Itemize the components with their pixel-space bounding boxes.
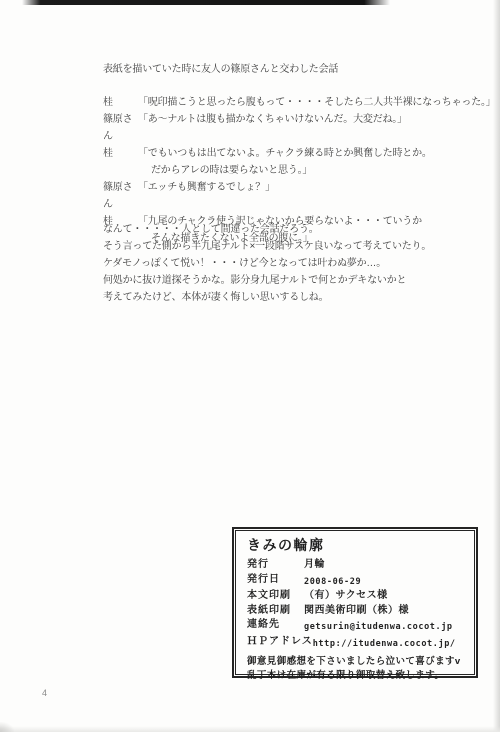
- colophon-value-contact-email: getsurin@itudenwa.cocot.jp: [304, 618, 453, 635]
- speaker-name: [103, 162, 138, 179]
- afterword-block: なんて・・・・・人として間違った会話だろう。 そう言ってた側から半九尾ナルト×一…: [103, 221, 431, 306]
- colophon-note-replacement: 乱丁本は在庫が有る限り御取替え致します。: [247, 669, 470, 683]
- speaker-name: 桂: [103, 94, 138, 111]
- colophon-label-contact: 連絡先: [247, 618, 304, 635]
- intro-line: 表紙を描いていた時に友人の篠原さんと交わした会話: [103, 61, 338, 78]
- scan-edge-top: [22, 0, 390, 5]
- colophon-value-cover-print: 関西美術印刷（株）様: [304, 604, 409, 619]
- dialogue-line: 桂 「呪印描こうと思ったら腹もって・・・・そしたら二人共半裸になっちゃった。」: [103, 94, 496, 111]
- speaker-name: 桂: [103, 145, 138, 162]
- afterword-line: そう言ってた側から半九尾ナルト×一段階サスケ良いなって考えていたり。: [103, 238, 431, 255]
- colophon-label-cover-print: 表紙印刷: [247, 604, 304, 619]
- page-number: 4: [42, 688, 47, 698]
- colophon-value-date: 2008-06-29: [304, 573, 361, 590]
- dialogue-line: だからアレの時は要らないと思う。」: [103, 162, 496, 179]
- dialogue-text: 「エッチも興奮するでしょ？」: [138, 179, 275, 213]
- colophon-box: きみの輪廓 発行 月輪 発行日 2008-06-29 本文印刷 （有）サクセス様…: [232, 527, 478, 678]
- colophon-row: 本文印刷 （有）サクセス様: [247, 589, 470, 604]
- scan-edge-bottom: [0, 726, 500, 732]
- dialogue-line: 桂 「でもいつもは出てないよ。チャクラ練る時とか興奮した時とか。: [103, 145, 496, 162]
- colophon-row: ＨＰアドレス http://itudenwa.cocot.jp/: [247, 635, 470, 652]
- dialogue-line: 篠原さん 「あ〜ナルトは腹も描かなくちゃいけないんだ。大変だね。」: [103, 111, 496, 145]
- colophon-inner-border: きみの輪廓 発行 月輪 発行日 2008-06-29 本文印刷 （有）サクセス様…: [235, 530, 475, 675]
- colophon-label-publisher: 発行: [247, 558, 304, 573]
- speaker-name: 篠原さん: [103, 111, 138, 145]
- scan-edge-corner: [0, 722, 14, 732]
- dialogue-text: 「呪印描こうと思ったら腹もって・・・・そしたら二人共半裸になっちゃった。」: [138, 94, 496, 111]
- colophon-row: 発行 月輪: [247, 558, 470, 573]
- afterword-line: 何処かに抜け道探そうかな。影分身九尾ナルトで何とかデキないかと: [103, 272, 431, 289]
- book-title: きみの輪廓: [247, 535, 470, 555]
- colophon-value-publisher: 月輪: [304, 558, 325, 573]
- speaker-name: 篠原さん: [103, 179, 138, 213]
- dialogue-text: 「あ〜ナルトは腹も描かなくちゃいけないんだ。大変だね。」: [138, 111, 407, 145]
- colophon-value-website-url: http://itudenwa.cocot.jp/: [313, 635, 456, 652]
- colophon-row: 表紙印刷 関西美術印刷（株）様: [247, 604, 470, 619]
- colophon-label-body-print: 本文印刷: [247, 589, 304, 604]
- colophon-value-body-print: （有）サクセス様: [304, 589, 388, 604]
- colophon-note-feedback: 御意見御感想を下さいましたら泣いて喜びますv: [247, 655, 470, 669]
- afterword-line: ケダモノっぽくて悦い！・・・けど今となっては叶わぬ夢か…。: [103, 255, 431, 272]
- dialogue-line: 篠原さん 「エッチも興奮するでしょ？」: [103, 179, 496, 213]
- colophon-row: 発行日 2008-06-29: [247, 573, 470, 590]
- colophon-label-date: 発行日: [247, 573, 304, 590]
- colophon-row: 連絡先 getsurin@itudenwa.cocot.jp: [247, 618, 470, 635]
- afterword-line: 考えてみたけど、本体が凄く悔しい思いするしね。: [103, 289, 431, 306]
- afterword-line: なんて・・・・・人として間違った会話だろう。: [103, 221, 431, 238]
- dialogue-text: 「でもいつもは出てないよ。チャクラ練る時とか興奮した時とか。: [138, 145, 432, 162]
- colophon-label-website: ＨＰアドレス: [247, 635, 313, 652]
- dialogue-text-continuation: だからアレの時は要らないと思う。」: [151, 162, 312, 179]
